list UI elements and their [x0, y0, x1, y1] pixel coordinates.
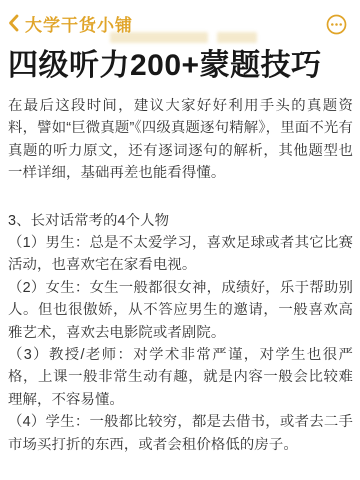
list-item: （3）教授/老师：对学术非常严谨，对学生也很严格，上课一般非常生动有趣，就是内容… — [8, 344, 353, 411]
list-item: （4）学生：一般都比较穷，都是去借书，或者去二手市场买打折的东西，或者会租价格低… — [8, 411, 353, 456]
more-ellipsis-icon — [326, 14, 347, 35]
intro-paragraph: 在最后这段时间，建议大家好好利用手头的真题资料，譬如“巨微真题”《四级真题逐句精… — [8, 95, 353, 185]
article-title: 四级听力200+蒙题技巧 — [8, 46, 352, 86]
article-body: 在最后这段时间，建议大家好好利用手头的真题资料，譬如“巨微真题”《四级真题逐句精… — [8, 95, 353, 456]
list-item: （1）男生：总是不太爱学习，喜欢足球或者其它比赛活动，也喜欢宅在家看电视。 — [8, 232, 353, 277]
back-button[interactable] — [6, 14, 21, 32]
chevron-left-icon — [8, 14, 19, 32]
watermark — [110, 32, 257, 43]
article-page: 大学干货小铺 四级听力200+蒙题技巧 在最后这段时间，建议大家好好利用手头的真… — [0, 0, 360, 480]
list-item: （2）女生：女生一般都很女神，成绩好，乐于帮助别人。但也很傲娇，从不答应男生的邀… — [8, 277, 353, 344]
more-button[interactable] — [326, 14, 347, 35]
section-heading: 3、长对话常考的4个人物 — [8, 210, 353, 232]
